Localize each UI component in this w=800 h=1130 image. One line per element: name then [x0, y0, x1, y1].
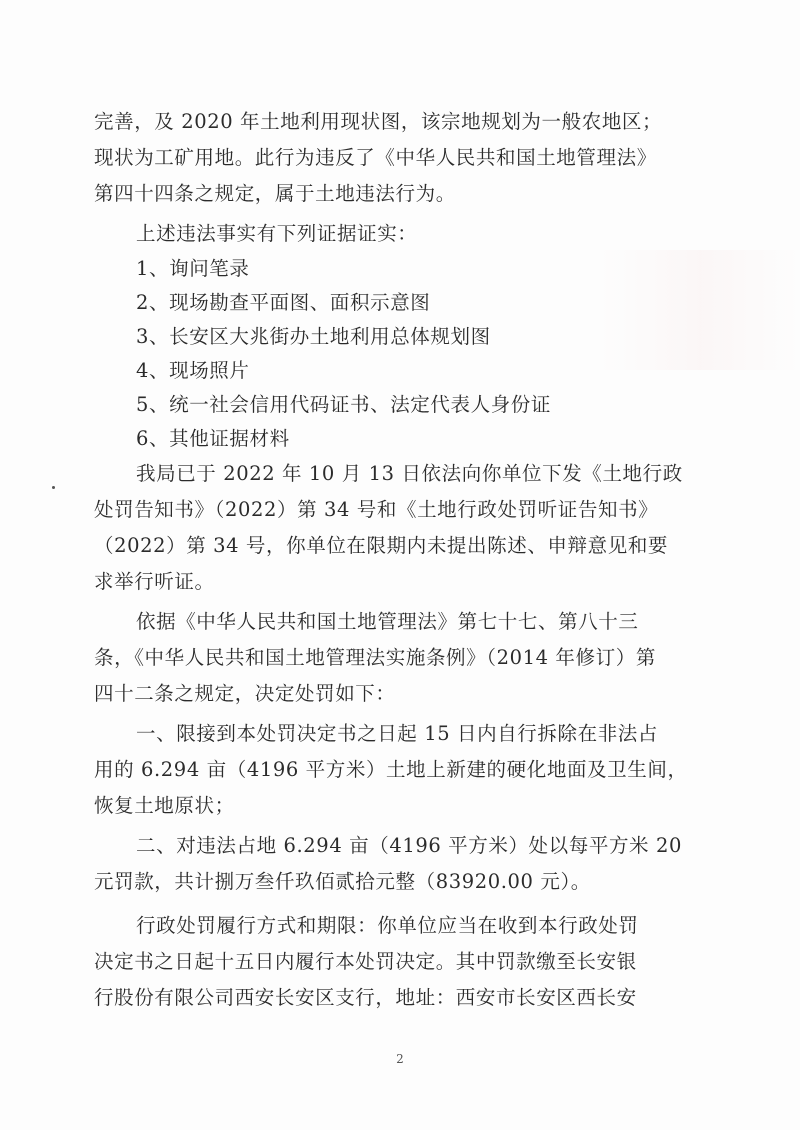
execution-paragraph: 行政处罚履行方式和期限：你单位应当在收到本行政处罚 决定书之日起十五日内履行本处…	[94, 908, 706, 1016]
violation-paragraph-continuation: 完善，及 2020 年土地利用现状图，该宗地规划为一般农地区； 现状为工矿用地。…	[94, 104, 706, 212]
text-line: 决定书之日起十五日内履行本处罚决定。其中罚款缴至长安银	[94, 944, 706, 980]
document-body: 完善，及 2020 年土地利用现状图，该宗地规划为一般农地区； 现状为工矿用地。…	[94, 104, 706, 1016]
text-line: 恢复土地原状；	[94, 788, 706, 824]
text-line: 处罚告知书》（2022）第 34 号和《土地行政处罚听证告知书》	[94, 492, 706, 528]
text-line: 完善，及 2020 年土地利用现状图，该宗地规划为一般农地区；	[94, 104, 706, 140]
text-line: 条，《中华人民共和国土地管理法实施条例》（2014 年修订）第	[94, 640, 706, 676]
margin-speck	[52, 486, 55, 489]
text-line: 用的 6.294 亩（4196 平方米）土地上新建的硬化地面及卫生间，	[94, 752, 706, 788]
text-line: 元罚款，共计捌万叁仟玖佰贰拾元整（83920.00 元）。	[94, 864, 706, 900]
text-line: 一、限接到本处罚决定书之日起 15 日内自行拆除在非法占	[94, 716, 706, 752]
evidence-item: 3、长安区大兆街办土地利用总体规划图	[94, 320, 706, 354]
text-line: 第四十四条之规定，属于土地违法行为。	[94, 176, 706, 212]
evidence-item: 1、询问笔录	[94, 252, 706, 286]
evidence-item: 2、现场勘查平面图、面积示意图	[94, 286, 706, 320]
text-line: 我局已于 2022 年 10 月 13 日依法向你单位下发《土地行政	[94, 456, 706, 492]
notice-paragraph: 我局已于 2022 年 10 月 13 日依法向你单位下发《土地行政 处罚告知书…	[94, 456, 706, 600]
evidence-item: 5、统一社会信用代码证书、法定代表人身份证	[94, 388, 706, 422]
penalty-item-one: 一、限接到本处罚决定书之日起 15 日内自行拆除在非法占 用的 6.294 亩（…	[94, 716, 706, 824]
evidence-intro: 上述违法事实有下列证据证实：	[94, 216, 706, 252]
text-line: 现状为工矿用地。此行为违反了《中华人民共和国土地管理法》	[94, 140, 706, 176]
text-line: 四十二条之规定，决定处罚如下：	[94, 676, 706, 712]
text-line: 行股份有限公司西安长安区支行，地址：西安市长安区西长安	[94, 980, 706, 1016]
evidence-item: 4、现场照片	[94, 354, 706, 388]
text-line: （2022）第 34 号，你单位在限期内未提出陈述、申辩意见和要	[94, 528, 706, 564]
document-page: 完善，及 2020 年土地利用现状图，该宗地规划为一般农地区； 现状为工矿用地。…	[0, 0, 800, 1130]
legal-basis-paragraph: 依据《中华人民共和国土地管理法》第七十七、第八十三 条，《中华人民共和国土地管理…	[94, 604, 706, 712]
evidence-item: 6、其他证据材料	[94, 422, 706, 456]
text-line: 行政处罚履行方式和期限：你单位应当在收到本行政处罚	[94, 908, 706, 944]
text-line: 求举行听证。	[94, 564, 706, 600]
text-line: 依据《中华人民共和国土地管理法》第七十七、第八十三	[94, 604, 706, 640]
penalty-item-two: 二、对违法占地 6.294 亩（4196 平方米）处以每平方米 20 元罚款，共…	[94, 828, 706, 900]
page-number: 2	[0, 1052, 800, 1066]
evidence-section: 上述违法事实有下列证据证实： 1、询问笔录 2、现场勘查平面图、面积示意图 3、…	[94, 216, 706, 456]
text-line: 二、对违法占地 6.294 亩（4196 平方米）处以每平方米 20	[94, 828, 706, 864]
